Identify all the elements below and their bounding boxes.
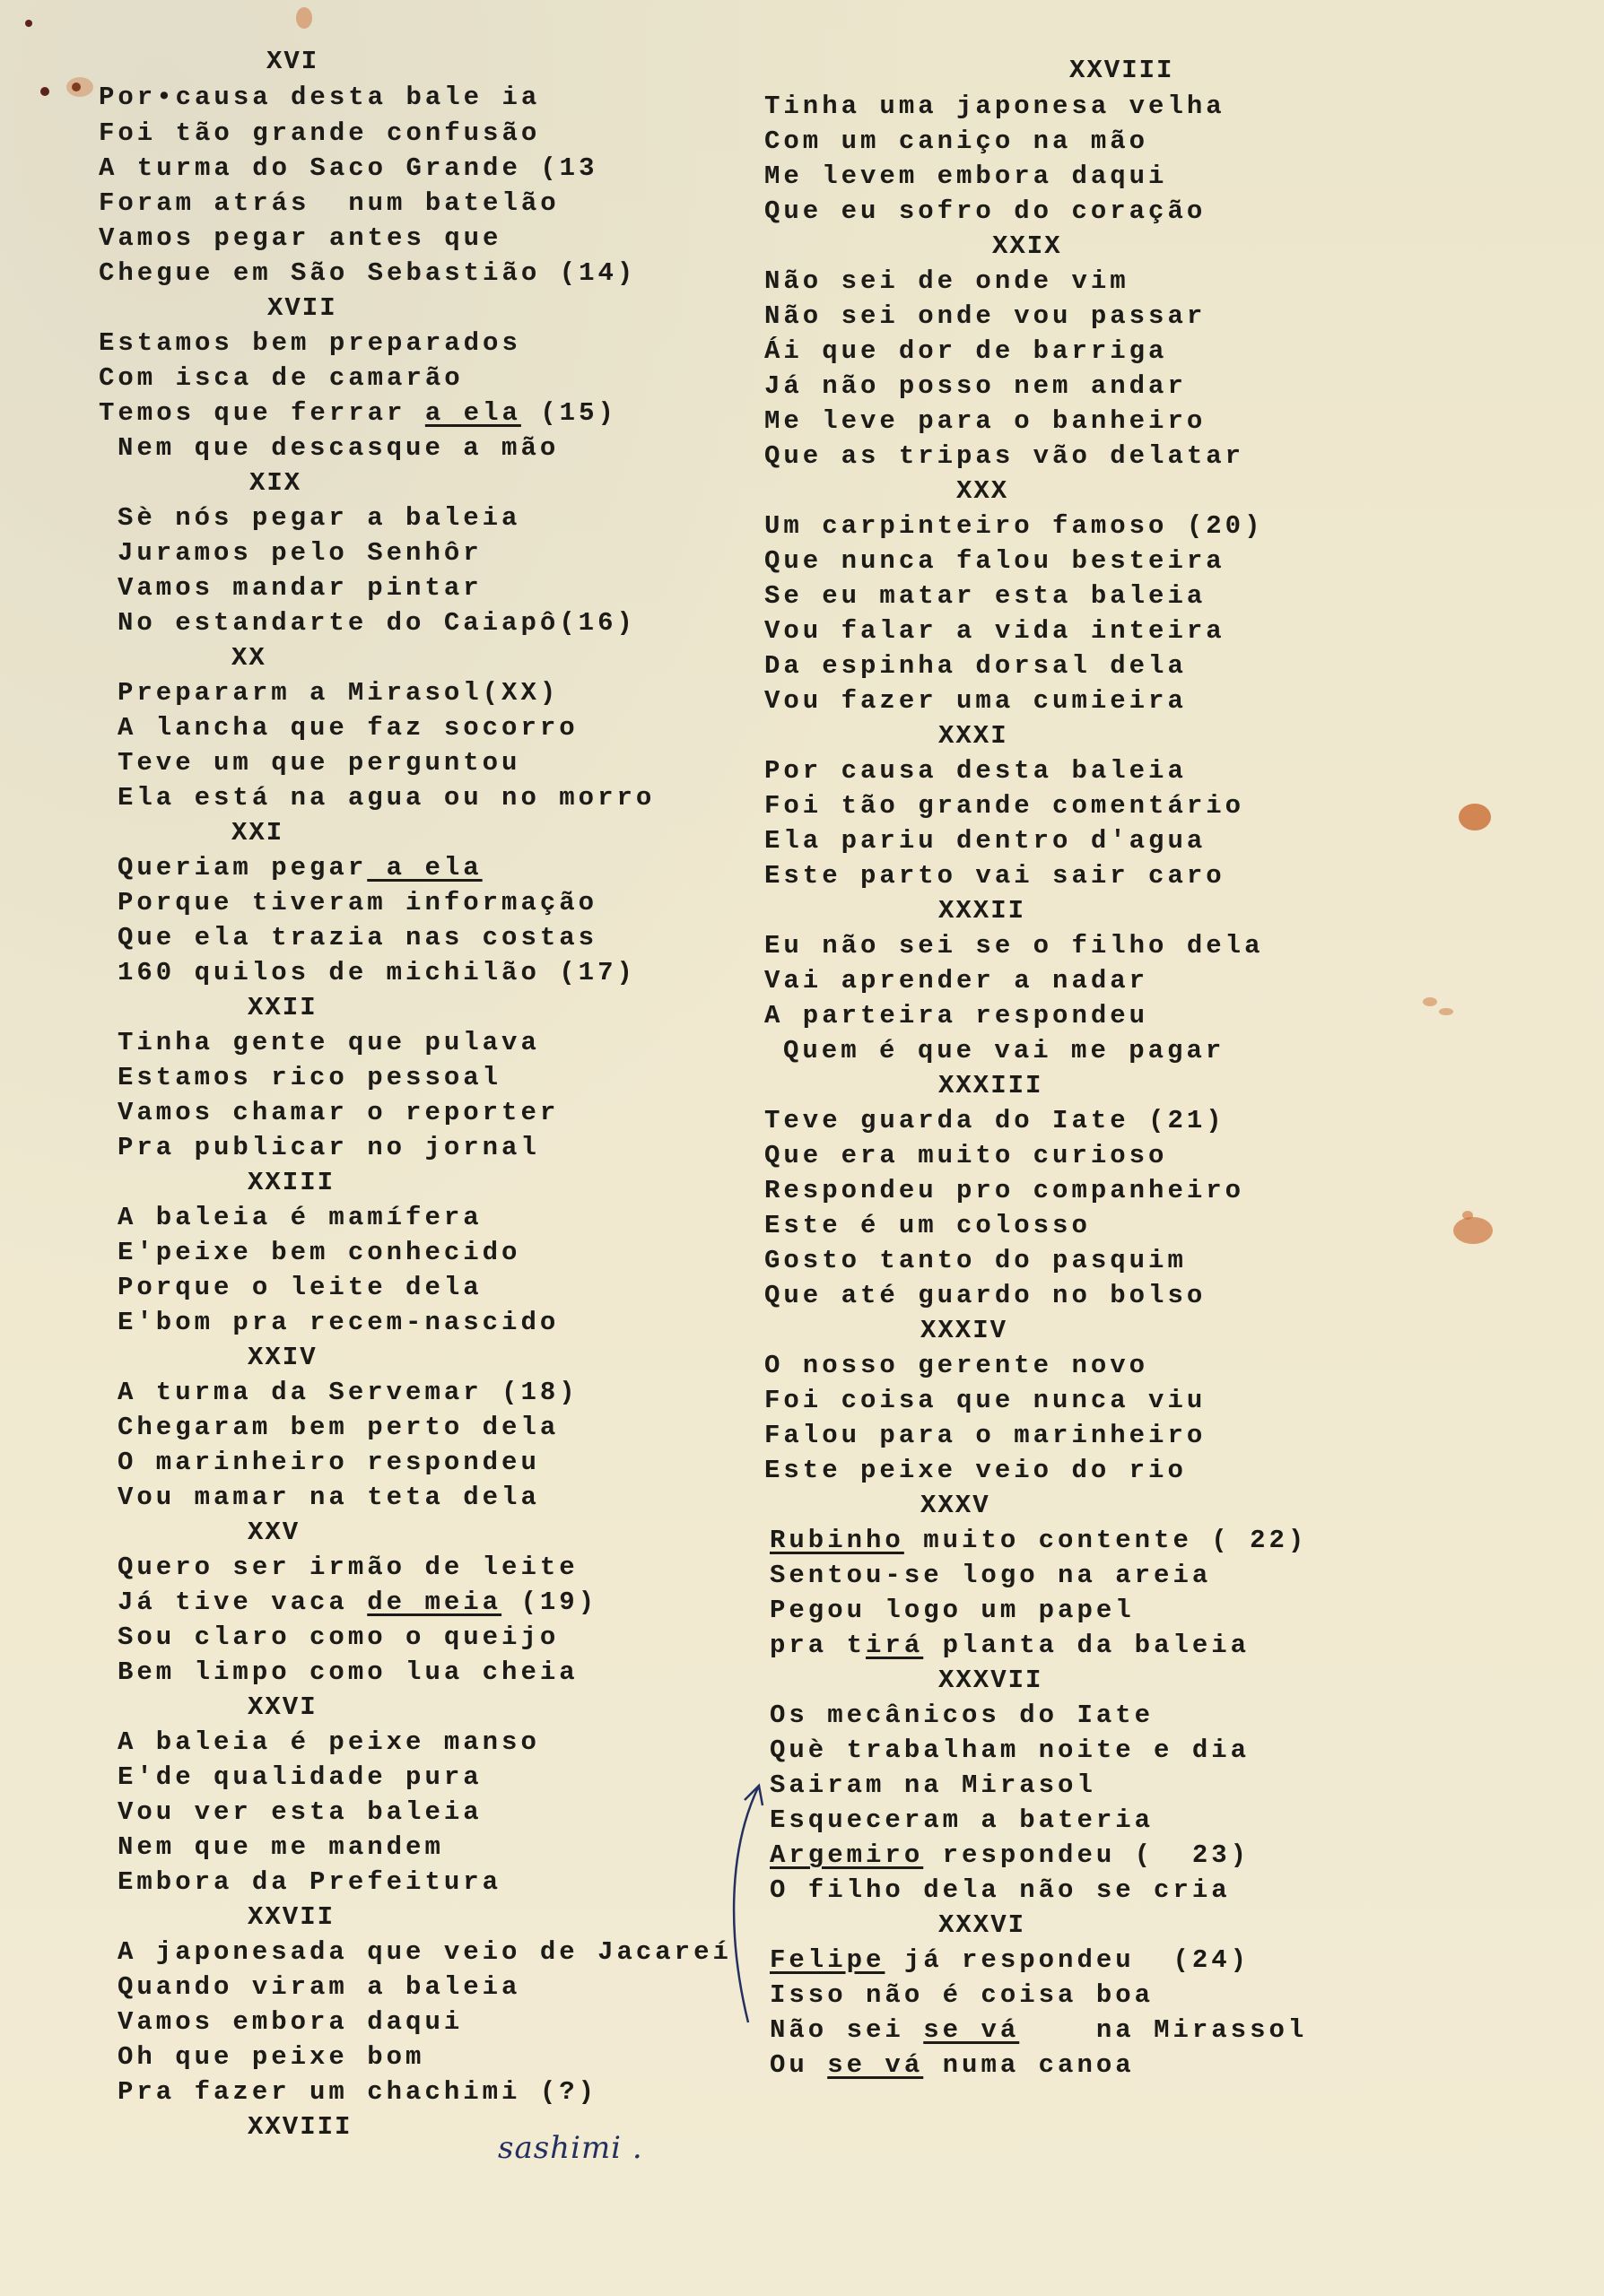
line-text-after: na Mirassol: [1019, 2015, 1307, 2045]
line-text: E'peixe bem conhecido: [118, 1238, 520, 1267]
line-text: XXXIV: [920, 1316, 1007, 1345]
line-text-after: (15): [521, 398, 617, 428]
line-text: Vou fazer uma cumieira: [764, 686, 1187, 716]
verse-line: Bem limpo como lua cheia: [118, 1659, 579, 1685]
verse-line: No estandarte do Caiapô(16): [118, 610, 636, 636]
line-text: XXII: [248, 993, 318, 1022]
line-text: Teve um que perguntou: [118, 748, 520, 778]
line-text: Eu não sei se o filho dela: [764, 931, 1263, 961]
rust-stain: [1462, 1211, 1473, 1220]
verse-line: Me leve para o banheiro: [764, 408, 1206, 434]
verse-line: Quero ser irmão de leite: [118, 1554, 579, 1580]
verse-line: Sentou-se logo na areia: [770, 1562, 1211, 1588]
line-text: E'de qualidade pura: [118, 1762, 483, 1792]
line-text: Por causa desta baleia: [764, 756, 1187, 786]
line-text: A japonesada que veio de Jacareí: [118, 1937, 732, 1967]
stanza-number: XVII: [267, 295, 337, 321]
verse-line: Nem que me mandem: [118, 1834, 444, 1860]
verse-line: Gosto tanto do pasquim: [764, 1248, 1187, 1274]
line-text: Bem limpo como lua cheia: [118, 1657, 579, 1687]
line-text: XXVII: [248, 1902, 335, 1932]
verse-line: Prepararm a Mirasol(XX): [118, 680, 559, 706]
line-text: Quem é que vai me pagar: [783, 1036, 1225, 1065]
line-text: A lancha que faz socorro: [118, 713, 579, 743]
verse-line: Tinha uma japonesa velha: [764, 93, 1225, 119]
verse-line: O nosso gerente novo: [764, 1352, 1148, 1378]
verse-line: A baleia é peixe manso: [118, 1729, 540, 1755]
verse-line: Um carpinteiro famoso (20): [764, 513, 1263, 539]
line-text: Foi tão grande comentário: [764, 791, 1244, 821]
line-text: Teve guarda do Iate (21): [764, 1106, 1225, 1135]
verse-line: Vamos chamar o reporter: [118, 1100, 559, 1126]
stanza-number: XXII: [248, 995, 318, 1021]
underlined-text: irá: [866, 1631, 923, 1660]
line-text: Que até guardo no bolso: [764, 1281, 1206, 1310]
stanza-number: XXXIII: [938, 1073, 1042, 1099]
verse-line: Vamos mandar pintar: [118, 575, 483, 601]
line-text: pra t: [770, 1631, 866, 1660]
line-text: Tinha uma japonesa velha: [764, 91, 1225, 121]
verse-line: Chegaram bem perto dela: [118, 1414, 559, 1440]
line-text: Que as tripas vão delatar: [764, 441, 1244, 471]
verse-line: Quem é que vai me pagar: [783, 1038, 1225, 1064]
verse-line: Ela pariu dentro d'agua: [764, 828, 1206, 854]
verse-line: Falou para o marinheiro: [764, 1422, 1206, 1448]
line-text: XVI: [266, 47, 318, 76]
verse-line: A baleia é mamífera: [118, 1205, 483, 1231]
stanza-number: XXIV: [248, 1344, 318, 1370]
verse-line: Por•causa desta bale ia: [99, 84, 540, 110]
line-text: Esqueceram a bateria: [770, 1805, 1154, 1835]
line-text: Vamos pegar antes que: [99, 223, 501, 253]
verse-line: Já tive vaca de meia (19): [118, 1589, 597, 1615]
underlined-text: se vá: [923, 2015, 1019, 2045]
line-text: Chegue em São Sebastião (14): [99, 258, 636, 288]
stanza-number: XXXII: [938, 898, 1025, 924]
line-text: Sentou-se logo na areia: [770, 1561, 1211, 1590]
line-text: Que nunca falou besteira: [764, 546, 1225, 576]
line-text: A baleia é peixe manso: [118, 1727, 540, 1757]
line-text: XVII: [267, 293, 337, 323]
line-text: Juramos pelo Senhôr: [118, 538, 483, 568]
line-text: Pra fazer um chachimi (?): [118, 2077, 597, 2107]
verse-line: A parteira respondeu: [764, 1003, 1148, 1029]
line-text: Foi tão grande confusão: [99, 118, 540, 148]
line-text: Não sei: [770, 2015, 923, 2045]
verse-line: Da espinha dorsal dela: [764, 653, 1187, 679]
verse-line: Que ela trazia nas costas: [118, 925, 597, 951]
line-text-after: já respondeu (24): [885, 1945, 1250, 1975]
line-text-after: planta da baleia: [923, 1631, 1250, 1660]
line-text: Sou claro como o queijo: [118, 1622, 559, 1652]
line-text: Nem que me mandem: [118, 1832, 444, 1862]
stanza-number: XXIX: [992, 233, 1062, 259]
line-text: Vai aprender a nadar: [764, 966, 1148, 996]
verse-line: Se eu matar esta baleia: [764, 583, 1206, 609]
stanza-number: XXXIV: [920, 1318, 1007, 1344]
verse-line: Isso não é coisa boa: [770, 1982, 1154, 2008]
underlined-text: Felipe: [770, 1945, 885, 1975]
verse-line: Què trabalham noite e dia: [770, 1737, 1250, 1763]
stanza-number: XXXVII: [938, 1667, 1042, 1693]
verse-line: Que as tripas vão delatar: [764, 443, 1244, 469]
line-text-after: numa canoa: [923, 2050, 1134, 2080]
verse-line: Estamos bem preparados: [99, 330, 521, 356]
rust-stain: [40, 87, 49, 96]
stanza-number: XX: [231, 645, 266, 671]
verse-line: Quando viram a baleia: [118, 1974, 520, 2000]
line-text: O filho dela não se cria: [770, 1875, 1231, 1905]
verse-line: Teve um que perguntou: [118, 750, 520, 776]
line-text: XXI: [231, 818, 283, 848]
handwritten-note: sashimi .: [498, 2130, 643, 2166]
verse-line: Felipe já respondeu (24): [770, 1947, 1250, 1973]
verse-line: Com isca de camarão: [99, 365, 464, 391]
stanza-number: XXX: [956, 478, 1008, 504]
line-text: Vou mamar na teta dela: [118, 1483, 540, 1512]
handwritten-arrow-icon: [718, 1780, 771, 2031]
stanza-number: XXIII: [248, 1170, 335, 1196]
line-text: O marinheiro respondeu: [118, 1448, 540, 1477]
stanza-number: XXXI: [938, 723, 1008, 749]
line-text: Estamos rico pessoal: [118, 1063, 501, 1092]
line-text: Foram atrás num batelão: [99, 188, 560, 218]
verse-line: Nem que descasque a mão: [118, 435, 559, 461]
verse-line: Juramos pelo Senhôr: [118, 540, 483, 566]
line-text: Vou falar a vida inteira: [764, 616, 1225, 646]
line-text: A turma da Servemar (18): [118, 1378, 579, 1407]
line-text: Vamos mandar pintar: [118, 573, 483, 603]
line-text: XXX: [956, 476, 1008, 506]
line-text: Vamos chamar o reporter: [118, 1098, 559, 1127]
verse-line: Vou falar a vida inteira: [764, 618, 1225, 644]
verse-line: Vou fazer uma cumieira: [764, 688, 1187, 714]
line-text: Este parto vai sair caro: [764, 861, 1225, 891]
verse-line: Por causa desta baleia: [764, 758, 1187, 784]
verse-line: Vai aprender a nadar: [764, 968, 1148, 994]
line-text: E'bom pra recem-nascido: [118, 1308, 559, 1337]
line-text: XX: [231, 643, 266, 673]
line-text: Não sei de onde vim: [764, 266, 1129, 296]
line-text: Vamos embora daqui: [118, 2007, 463, 2037]
verse-line: Não sei se vá na Mirassol: [770, 2017, 1307, 2043]
rust-stain: [25, 20, 32, 27]
line-text: O nosso gerente novo: [764, 1351, 1148, 1380]
underlined-text: Argemiro: [770, 1840, 923, 1870]
line-text: Porque tiveram informação: [118, 888, 597, 918]
line-text: XXXI: [938, 721, 1008, 751]
verse-line: Que eu sofro do coração: [764, 198, 1206, 224]
line-text: Se eu matar esta baleia: [764, 581, 1206, 611]
verse-line: Tinha gente que pulava: [118, 1030, 540, 1056]
line-text: A parteira respondeu: [764, 1001, 1148, 1031]
verse-line: E'bom pra recem-nascido: [118, 1309, 559, 1335]
underlined-text: de meia: [367, 1587, 501, 1617]
stanza-number: XVI: [266, 48, 318, 74]
line-text: Não sei onde vou passar: [764, 301, 1206, 331]
line-text: Isso não é coisa boa: [770, 1980, 1154, 2010]
verse-line: O marinheiro respondeu: [118, 1449, 540, 1475]
underlined-text: Rubinho: [770, 1526, 904, 1555]
line-text: Sairam na Mirasol: [770, 1770, 1096, 1800]
verse-line: Vou mamar na teta dela: [118, 1484, 540, 1510]
stanza-number: XIX: [249, 470, 301, 496]
line-text: XXXV: [920, 1491, 990, 1520]
line-text: XIX: [249, 468, 301, 498]
verse-line: Que era muito curioso: [764, 1143, 1167, 1169]
verse-line: Queriam pegar a ela: [118, 855, 483, 881]
stanza-number: XXI: [231, 820, 283, 846]
verse-line: Oh que peixe bom: [118, 2044, 424, 2070]
line-text: A turma do Saco Grande (13: [99, 153, 597, 183]
verse-line: Porque tiveram informação: [118, 890, 597, 916]
verse-line: Eu não sei se o filho dela: [764, 933, 1263, 959]
line-text: Me leve para o banheiro: [764, 406, 1206, 436]
verse-line: Que até guardo no bolso: [764, 1283, 1206, 1309]
stanza-number: XXVI: [248, 1694, 318, 1720]
stanza-number: XXVII: [248, 1904, 335, 1930]
line-text: Que era muito curioso: [764, 1141, 1167, 1170]
line-text: Chegaram bem perto dela: [118, 1413, 559, 1442]
verse-line: Porque o leite dela: [118, 1274, 483, 1300]
line-text: Gosto tanto do pasquim: [764, 1246, 1187, 1275]
verse-line: Pra publicar no jornal: [118, 1135, 540, 1161]
line-text: Da espinha dorsal dela: [764, 651, 1187, 681]
line-text: XXIV: [248, 1343, 318, 1372]
line-text: Pra publicar no jornal: [118, 1133, 540, 1162]
line-text: Sè nós pegar a baleia: [118, 503, 520, 533]
line-text: Quero ser irmão de leite: [118, 1552, 579, 1582]
verse-line: Já não posso nem andar: [764, 373, 1187, 399]
verse-line: E'peixe bem conhecido: [118, 1239, 520, 1265]
verse-line: A japonesada que veio de Jacareí: [118, 1939, 732, 1965]
rust-stain: [296, 7, 312, 29]
verse-line: Este peixe veio do rio: [764, 1457, 1187, 1483]
stanza-number: XXV: [248, 1519, 300, 1545]
line-text: XXVIII: [248, 2112, 352, 2142]
line-text: Ái que dor de barriga: [764, 336, 1167, 366]
verse-line: O filho dela não se cria: [770, 1877, 1231, 1903]
verse-line: Chegue em São Sebastião (14): [99, 260, 636, 286]
line-text: XXXIII: [938, 1071, 1042, 1100]
line-text: Embora da Prefeitura: [118, 1867, 501, 1897]
line-text-after: muito contente ( 22): [904, 1526, 1307, 1555]
line-text: XXXVI: [938, 1910, 1025, 1940]
rust-stain: [1439, 1008, 1453, 1015]
verse-line: A turma do Saco Grande (13: [99, 155, 597, 181]
line-text: Já não posso nem andar: [764, 371, 1187, 401]
line-text: Ou: [770, 2050, 827, 2080]
line-text: No estandarte do Caiapô(16): [118, 608, 636, 638]
line-text: Temos que ferrar: [99, 398, 425, 428]
underlined-text: a ela: [367, 853, 482, 883]
stanza-number: XXVIII: [1069, 57, 1173, 83]
verse-line: Foram atrás num batelão: [99, 190, 560, 216]
underlined-text: a ela: [425, 398, 521, 428]
line-text: Oh que peixe bom: [118, 2042, 424, 2072]
verse-line: Não sei de onde vim: [764, 268, 1129, 294]
line-text: Já tive vaca: [118, 1587, 367, 1617]
verse-line: Argemiro respondeu ( 23): [770, 1842, 1250, 1868]
verse-line: Não sei onde vou passar: [764, 303, 1206, 329]
verse-line: Sairam na Mirasol: [770, 1772, 1096, 1798]
line-text: XXXVII: [938, 1665, 1042, 1695]
verse-line: 160 quilos de michilão (17): [118, 960, 636, 986]
line-text: Tinha gente que pulava: [118, 1028, 540, 1057]
stanza-number: XXVIII: [248, 2114, 352, 2140]
line-text-after: (19): [501, 1587, 597, 1617]
line-text: Me levem embora daqui: [764, 161, 1167, 191]
verse-line: Vou ver esta baleia: [118, 1799, 483, 1825]
line-text: Què trabalham noite e dia: [770, 1735, 1250, 1765]
verse-line: Esqueceram a bateria: [770, 1807, 1154, 1833]
verse-line: Que nunca falou besteira: [764, 548, 1225, 574]
line-text: XXV: [248, 1518, 300, 1547]
line-text: Este é um colosso: [764, 1211, 1091, 1240]
line-text: Ela está na agua ou no morro: [118, 783, 655, 813]
verse-line: Este é um colosso: [764, 1213, 1091, 1239]
line-text: Prepararm a Mirasol(XX): [118, 678, 559, 708]
underlined-text: se vá: [827, 2050, 923, 2080]
line-text: Pegou logo um papel: [770, 1596, 1135, 1625]
rust-stain: [1423, 997, 1437, 1006]
verse-line: Temos que ferrar a ela (15): [99, 400, 617, 426]
line-text: Foi coisa que nunca viu: [764, 1386, 1206, 1415]
line-text: Vou ver esta baleia: [118, 1797, 483, 1827]
verse-line: Pra fazer um chachimi (?): [118, 2079, 597, 2105]
stanza-number: XXXV: [920, 1492, 990, 1518]
line-text: XXVIII: [1069, 56, 1173, 85]
stanza-number: XXXVI: [938, 1912, 1025, 1938]
verse-line: Ái que dor de barriga: [764, 338, 1167, 364]
line-text: Quando viram a baleia: [118, 1972, 520, 2002]
verse-line: Sou claro como o queijo: [118, 1624, 559, 1650]
line-text: A baleia é mamífera: [118, 1203, 483, 1232]
verse-line: Vamos embora daqui: [118, 2009, 463, 2035]
line-text: 160 quilos de michilão (17): [118, 958, 636, 987]
line-text: Estamos bem preparados: [99, 328, 521, 358]
line-text: Queriam pegar: [118, 853, 367, 883]
verse-line: Rubinho muito contente ( 22): [770, 1527, 1307, 1553]
line-text: Que ela trazia nas costas: [118, 923, 597, 952]
verse-line: Ou se vá numa canoa: [770, 2052, 1135, 2078]
verse-line: Os mecânicos do Iate: [770, 1702, 1154, 1728]
verse-line: Foi coisa que nunca viu: [764, 1387, 1206, 1413]
line-text: XXVI: [248, 1692, 318, 1722]
line-text: Respondeu pro companheiro: [764, 1176, 1244, 1205]
line-text: Por•causa desta bale ia: [99, 83, 540, 112]
rust-stain: [1459, 804, 1491, 831]
verse-line: Me levem embora daqui: [764, 163, 1167, 189]
verse-line: Pegou logo um papel: [770, 1597, 1135, 1623]
line-text: Com um caniço na mão: [764, 126, 1148, 156]
verse-line: Sè nós pegar a baleia: [118, 505, 520, 531]
verse-line: Ela está na agua ou no morro: [118, 785, 655, 811]
line-text: XXIX: [992, 231, 1062, 261]
verse-line: E'de qualidade pura: [118, 1764, 483, 1790]
rust-stain: [66, 77, 93, 97]
verse-line: A turma da Servemar (18): [118, 1379, 579, 1405]
verse-line: Com um caniço na mão: [764, 128, 1148, 154]
line-text: Um carpinteiro famoso (20): [764, 511, 1263, 541]
rust-stain: [1453, 1217, 1493, 1244]
line-text: Nem que descasque a mão: [118, 433, 559, 463]
verse-line: Embora da Prefeitura: [118, 1869, 501, 1895]
verse-line: pra tirá planta da baleia: [770, 1632, 1250, 1658]
verse-line: Este parto vai sair caro: [764, 863, 1225, 889]
line-text: XXIII: [248, 1168, 335, 1197]
verse-line: Teve guarda do Iate (21): [764, 1108, 1225, 1134]
verse-line: Foi tão grande comentário: [764, 793, 1244, 819]
line-text: Os mecânicos do Iate: [770, 1700, 1154, 1730]
line-text: XXXII: [938, 896, 1025, 926]
verse-line: Vamos pegar antes que: [99, 225, 501, 251]
verse-line: Estamos rico pessoal: [118, 1065, 501, 1091]
verse-line: Respondeu pro companheiro: [764, 1178, 1244, 1204]
line-text: Este peixe veio do rio: [764, 1456, 1187, 1485]
line-text: Falou para o marinheiro: [764, 1421, 1206, 1450]
verse-line: Foi tão grande confusão: [99, 120, 540, 146]
verse-line: A lancha que faz socorro: [118, 715, 579, 741]
line-text: Com isca de camarão: [99, 363, 464, 393]
line-text: Que eu sofro do coração: [764, 196, 1206, 226]
line-text: Porque o leite dela: [118, 1273, 483, 1302]
line-text: Ela pariu dentro d'agua: [764, 826, 1206, 856]
line-text-after: respondeu ( 23): [923, 1840, 1250, 1870]
